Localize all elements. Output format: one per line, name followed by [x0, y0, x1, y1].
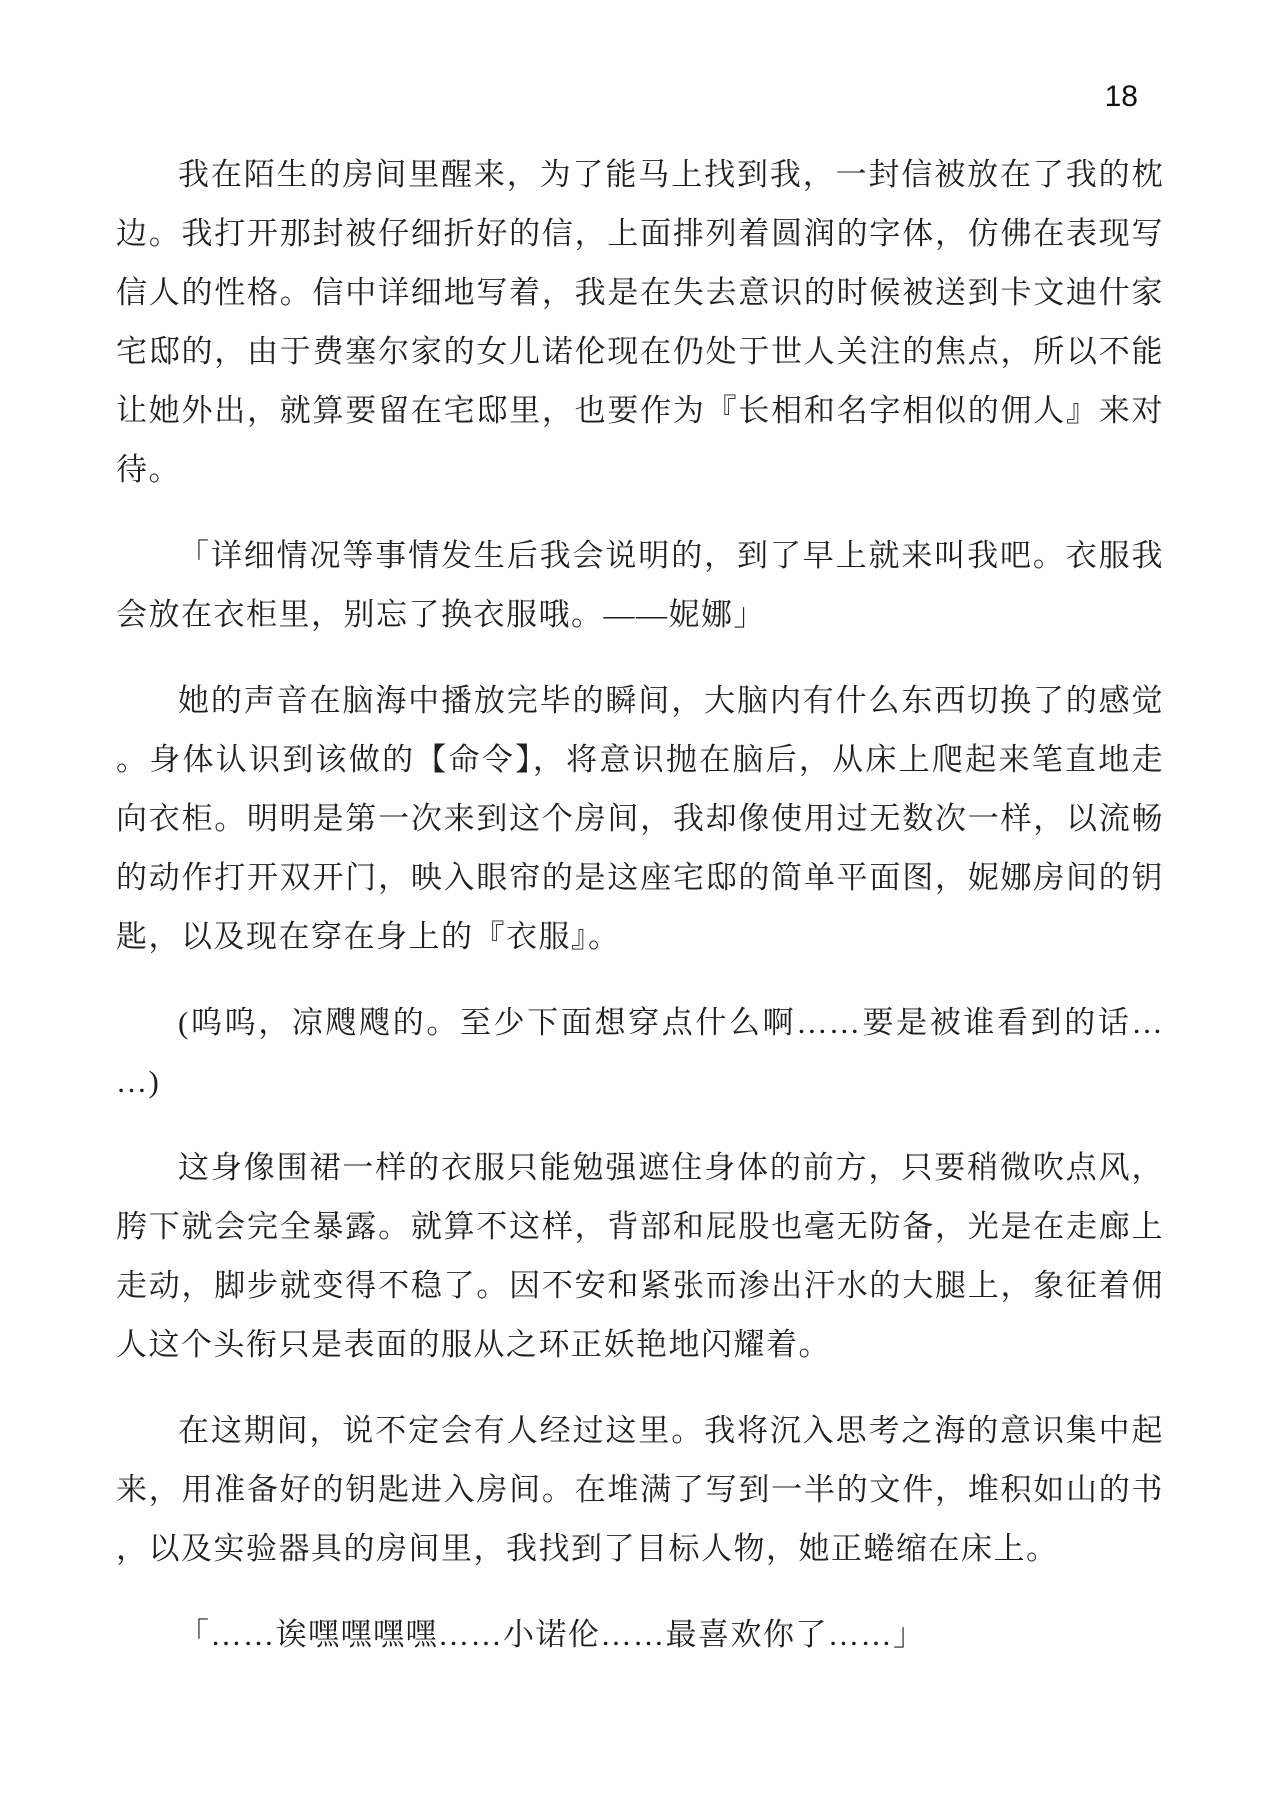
- narrative-paragraph-2: 她的声音在脑海中播放完毕的瞬间，大脑内有什么东西切换了的感觉。身体认识到该做的【…: [116, 671, 1164, 966]
- narrative-paragraph-3: 这身像围裙一样的衣服只能勉强遮住身体的前方，只要稍微吹点风，胯下就会完全暴露。就…: [116, 1138, 1164, 1374]
- document-page: 18 我在陌生的房间里醒来，为了能马上找到我，一封信被放在了我的枕边。我打开那封…: [0, 0, 1280, 1810]
- page-content: 我在陌生的房间里醒来，为了能马上找到我，一封信被放在了我的枕边。我打开那封被仔细…: [116, 145, 1164, 1691]
- inner-thought-paragraph: (呜呜，凉飕飕的。至少下面想穿点什么啊……要是被谁看到的话……): [116, 993, 1164, 1111]
- letter-quote-paragraph: 「详细情况等事情发生后我会说明的，到了早上就来叫我吧。衣服我会放在衣柜里，别忘了…: [116, 526, 1164, 644]
- narrative-paragraph-1: 我在陌生的房间里醒来，为了能马上找到我，一封信被放在了我的枕边。我打开那封被仔细…: [116, 145, 1164, 499]
- page-number: 18: [1105, 80, 1138, 114]
- narrative-paragraph-4: 在这期间，说不定会有人经过这里。我将沉入思考之海的意识集中起来，用准备好的钥匙进…: [116, 1401, 1164, 1578]
- dialogue-line: 「……诶嘿嘿嘿嘿……小诺伦……最喜欢你了……」: [116, 1605, 1164, 1664]
